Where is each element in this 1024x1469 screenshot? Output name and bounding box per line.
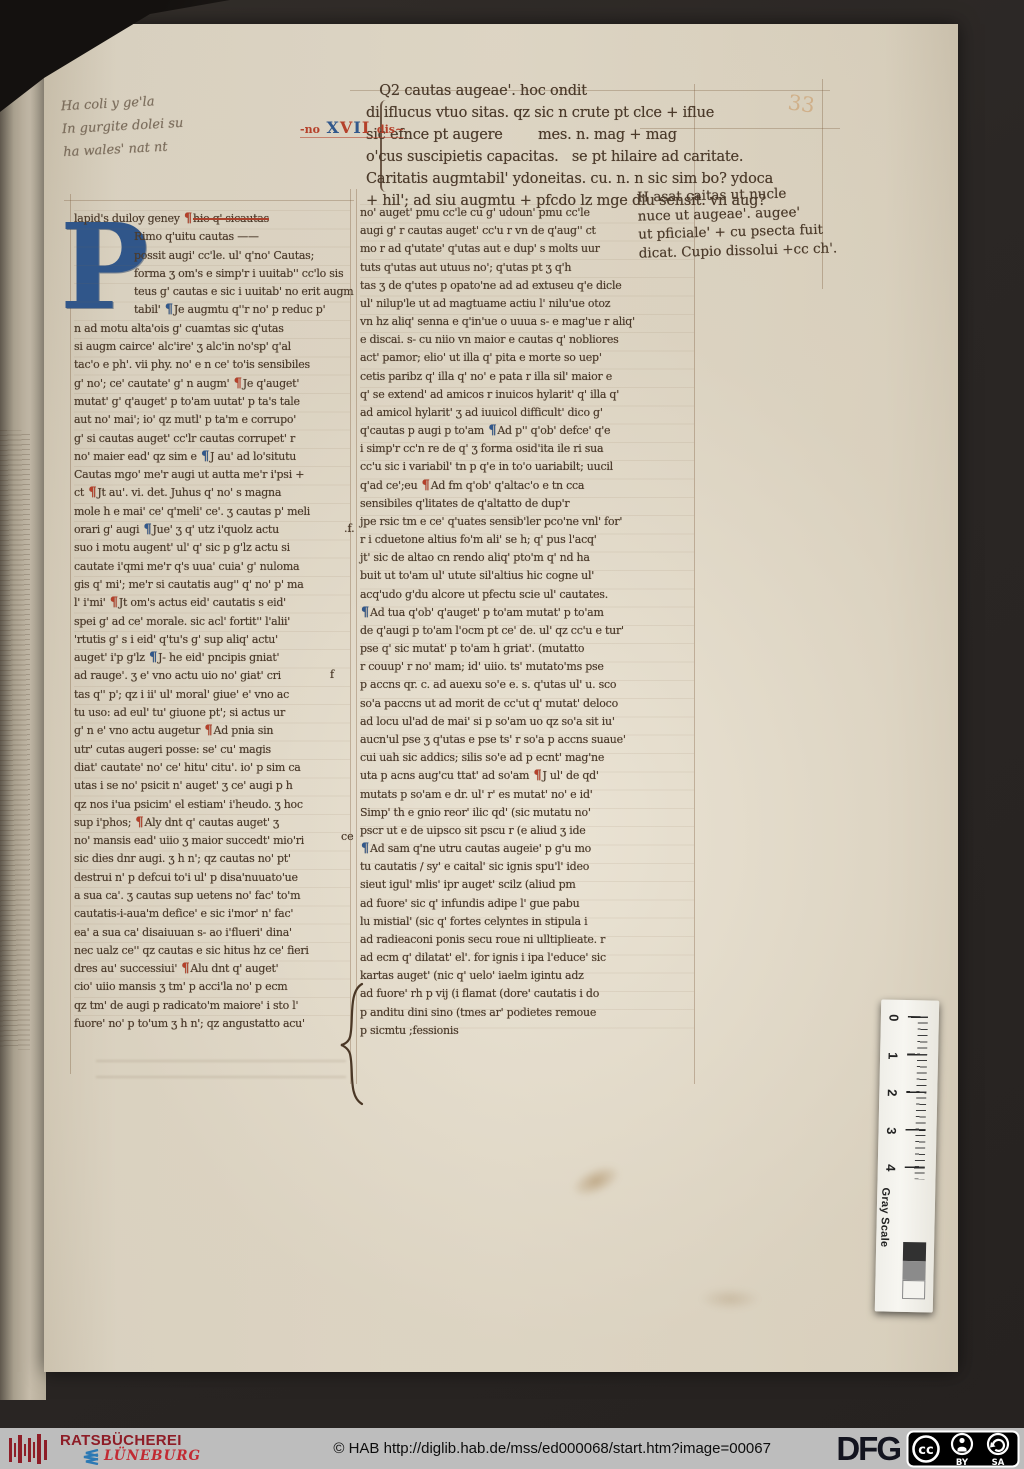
folio-number: 33 [786, 90, 816, 117]
text-line: vn hz aliq' senna e q'in'ue o uuua s- e … [360, 313, 694, 331]
text-line: ad radieaconi ponis secu roue ni ulltipl… [360, 931, 694, 949]
text-line: tas ʒ de q'utes p opato'ne ad ad extuseu… [360, 277, 694, 295]
text-line: de q'augi p to'am l'ocm pt ce' de. ul' q… [360, 622, 694, 640]
blue-pilcrow: ¶ [200, 449, 210, 464]
text-line: p accns qr. c. ad auexu so'e e. s. q'uta… [360, 676, 694, 694]
text-line: destrui n' p defcui to'i ul' p disa'nuua… [74, 869, 350, 887]
gray-swatches [902, 1242, 926, 1299]
text-line: kartas auget' (nic q' uelo' iaelm igintu… [360, 967, 694, 985]
roman-numeral: XVII [326, 118, 370, 137]
text-line: si augm cairce' alc'ire' ʒ alc'in no'sp'… [74, 338, 350, 356]
text-line: cio' uiio mansis ʒ tm' p acci'la no' p e… [74, 978, 350, 996]
text-line: gis q' mi'; me'r si cautatis aug'' q' no… [74, 576, 350, 594]
image-credit-url: © HAB http://diglib.hab.de/mss/ed000068/… [268, 1440, 836, 1457]
text-line: Cautas mgo' me'r augi ut autta me'r i'ps… [74, 466, 350, 484]
text-line: qz nos i'ua psicim' el estiam' i'heudo. … [74, 796, 350, 814]
text-line: sup i'phos; ¶Aly dnt q' cautas auget' ʒ [74, 814, 350, 832]
text-line: ad amicol hylarit' ʒ ad iuuicol difficul… [360, 404, 694, 422]
text-line: q' se extend' ad amicos r inuicos hylari… [360, 386, 694, 404]
library-name-bottom: LÜNEBURG [104, 1450, 201, 1464]
text-line: n ad motu alta'ois g' cuamtas sic q'utas [74, 320, 350, 338]
swatch-dark [903, 1242, 926, 1261]
text-line: 'rtutis g' s i eid' q'tu's g' sup aliq' … [74, 631, 350, 649]
ruler-number: 1 [885, 1052, 900, 1066]
text-line: ct ¶Jt au'. vi. det. Juhus q' no' s magn… [74, 484, 350, 502]
text-line: fuore' no' p to'um ʒ h n'; qz angustatto… [74, 1015, 350, 1033]
rubric-prefix: -no [300, 123, 320, 136]
ruling-line [356, 189, 357, 1084]
text-line: utr' cutas augeri posse: se' cu' magis [74, 741, 350, 759]
text-line: ad locu ul'ad de mai' si p so'am uo qz s… [360, 713, 694, 731]
text-line: g' si cautas auget' cc'lr cautas corrupe… [74, 430, 350, 448]
text-line: orari g' augi ¶Jue' ʒ q' utz i'quolz act… [74, 521, 350, 539]
text-line: cc'u sic i variabil' tn p q'e in to'o ua… [360, 458, 694, 476]
text-line: ea' a sua ca' disaiuuan s- ao i'flueri' … [74, 924, 350, 942]
text-line: forma ʒ om's e simp'r i uuitab'' cc'lo s… [74, 265, 350, 283]
ruler-ticks [905, 1016, 928, 1179]
text-line: p sicmtu ;fessionis [360, 1022, 694, 1040]
svg-text:SA: SA [992, 1458, 1005, 1468]
text-line: Q2 cautas augeae'. hoc ondit [366, 80, 773, 102]
text-line: act' pamor; elio' ut illa q' pita e mort… [360, 349, 694, 367]
margin-mark: ce [341, 830, 354, 843]
text-line: lu mistial' (sic q' fortes celyntes in s… [360, 913, 694, 931]
text-line: augi g' r cautas auget' cc'u r vn de q'a… [360, 222, 694, 240]
text-line: g' n e' vno actu augetur ¶Ad pnia sin [74, 722, 350, 740]
library-footer-bar: RATSBÜCHEREI LÜNEBURG © HAB http://digli… [0, 1428, 1024, 1469]
text-line: buit ut to'am ul' utute sil'altius hic c… [360, 567, 694, 585]
text-line: lapid's duiloy geney ¶hie q' sicautas [74, 210, 350, 228]
parchment-stain [700, 1288, 760, 1310]
red-pilcrow: ¶ [134, 815, 144, 830]
text-line: ad ecm q' dilatat' el'. for ignis i ipa … [360, 949, 694, 967]
text-line: spei g' ad ce' morale. sic acl' fortit''… [74, 613, 350, 631]
digitized-manuscript-viewer: Ha coli y ge'laIn gurgite dolei suha wal… [0, 0, 1024, 1469]
text-line: jt' sic de altao cn rendo aliq' pto'm q'… [360, 549, 694, 567]
red-pilcrow: ¶ [421, 478, 431, 493]
text-line: e discai. s- cu niio vn maior e cautas q… [360, 331, 694, 349]
text-line: pscr ut e de uipsco sit pscu r (e aliud … [360, 822, 694, 840]
text-line: dres au' successiui' ¶Alu dnt q' auget' [74, 960, 350, 978]
text-brace [338, 982, 368, 1106]
text-line: jpe rsic tm e ce' q'uates sensib'ler pco… [360, 513, 694, 531]
text-line: l' i'mi' ¶Jt om's actus eid' cautatis s … [74, 594, 350, 612]
text-line: p anditu dini sino (tmes ar' podietes re… [360, 1004, 694, 1022]
text-line: pse q' sic mutat' p to'am h griat'. (mut… [360, 640, 694, 658]
text-line: aut no' mai'; io' qz mutl' p ta'm e corr… [74, 411, 350, 429]
text-line: o'cus suscipietis capacitas. se pt hilai… [366, 146, 773, 168]
svg-text:BY: BY [956, 1458, 969, 1468]
text-line: no' mansis ead' uiio ʒ maior succedt' mi… [74, 832, 350, 850]
text-line: tac'o e ph'. vii phy. no' e n ce' to'is … [74, 356, 350, 374]
text-line: cautatis-i-aua'm defice' e sic i'mor' n'… [74, 905, 350, 923]
ruler-number: 3 [884, 1127, 899, 1141]
text-line: di iflucus vtuo sitas. qz sic n crute pt… [366, 102, 773, 124]
text-line: nec ualz ce'' qz cautas e sic hitus hz c… [74, 942, 350, 960]
text-line: Rimo q'uitu cautas —— [74, 228, 350, 246]
red-bars-icon [8, 1432, 52, 1466]
text-line: so'a paccns ut ad morit de cc'ut q' muta… [360, 695, 694, 713]
text-line: mo r ad q'utate' q'utas aut e dup' s mol… [360, 240, 694, 258]
text-line: suo i motu augent' ul' q' sic p g'lz act… [74, 539, 350, 557]
text-line: a sua ca'. ʒ cautas sup uetens no' fac' … [74, 887, 350, 905]
gray-scale-ruler: 01234 Gray Scale [875, 999, 940, 1312]
ruler-number: 2 [885, 1089, 900, 1103]
text-line: ad fuore' rh p vij (i flamat (dore' caut… [360, 985, 694, 1003]
library-name-top: RATSBÜCHEREI [60, 1433, 201, 1448]
text-line: tu cautatis / sy' e caital' sic ignis sp… [360, 858, 694, 876]
blue-pilcrow: ¶ [360, 605, 370, 620]
swatch-mid [902, 1261, 925, 1280]
text-line: ¶Ad sam q'ne utru cautas augeie' p g'u m… [360, 840, 694, 858]
blue-pilcrow: ¶ [487, 423, 497, 438]
text-line: tabil' ¶Je augmtu q''r no' p reduc p' [74, 301, 350, 319]
text-line: tuts q'utas aut utuus no'; q'utas pt ʒ q… [360, 259, 694, 277]
dfg-logo: DFG [836, 1430, 900, 1468]
margin-mark: f [330, 668, 334, 681]
text-line: r i cduetone altius fo'm ali' se h; q' p… [360, 531, 694, 549]
blue-chevrons-icon [82, 1449, 100, 1465]
text-line: cautate i'qmi me'r q's uua' cuia' g' nul… [74, 558, 350, 576]
red-pilcrow: ¶ [204, 723, 214, 738]
text-line: possit augi' cc'le. ul' q'no' Cautas; [74, 247, 350, 265]
text-line: mutat' g' q'auget' p to'am uutat' p ta's… [74, 393, 350, 411]
library-name: RATSBÜCHEREI LÜNEBURG [60, 1433, 201, 1465]
text-line: q'ad ce';eu ¶Ad fm q'ob' q'altac'o e tn … [360, 477, 694, 495]
blue-pilcrow: ¶ [164, 302, 174, 317]
rubric-suffix: dis~ [377, 123, 404, 136]
text-line: tu uso: ad eul' tu' giuone pt'; si actus… [74, 704, 350, 722]
text-line: sensibiles q'litates de q'altatto de dup… [360, 495, 694, 513]
text-line: ul' nilup'le ut ad magtuame actiu l' nil… [360, 295, 694, 313]
text-line: r couup' r no' mam; id' uiio. ts' mutato… [360, 658, 694, 676]
svg-text:cc: cc [918, 1443, 933, 1458]
red-pilcrow: ¶ [87, 485, 97, 500]
red-pilcrow: ¶ [180, 961, 190, 976]
text-column-right: no' auget' pmu cc'le cu g' udoun' pmu cc… [360, 204, 694, 1040]
text-line: acq'udo g'du alcore ut pfectu scie ul' c… [360, 586, 694, 604]
text-line: aucn'ul pse ʒ q'utas e pse ts' r so'a p … [360, 731, 694, 749]
text-line: ad rauge'. ʒ e' vno actu uio no' giat' c… [74, 667, 350, 685]
text-line: teus g' cautas e sic i uuitab' no erit a… [74, 283, 350, 301]
ruler-number: 0 [886, 1014, 901, 1028]
text-line: utas i se no' psicit n' auget' ʒ ce' aug… [74, 777, 350, 795]
blue-pilcrow: ¶ [142, 522, 152, 537]
blue-pilcrow: ¶ [148, 650, 158, 665]
text-line: Simp' th e gnio reor' ilic qd' (sic muta… [360, 804, 694, 822]
text-line: no' auget' pmu cc'le cu g' udoun' pmu cc… [360, 204, 694, 222]
text-line: i simp'r cc'n re de q' ʒ forma osid'ita … [360, 440, 694, 458]
text-line: ad fuore' sic q' infundis adipe l' gue p… [360, 895, 694, 913]
text-line: tas q'' p'; qz i ii' ul' moral' giue' e'… [74, 686, 350, 704]
distinctio-number-rubric: -no XVII dis~ [300, 118, 404, 138]
text-line: mutats p so'am e dr. ul' r' es mutat' no… [360, 786, 694, 804]
previous-page-text-showthrough [0, 430, 30, 1050]
text-line: cetis paribz q' illa q' no' e pata r ill… [360, 368, 694, 386]
text-line: sieut igul' mlis' ipr auget' scilz (aliu… [360, 876, 694, 894]
ruling-line [350, 189, 351, 1084]
text-line: g' no'; ce' cautate' g' n augm' ¶Je q'au… [74, 375, 350, 393]
blue-pilcrow: ¶ [360, 841, 370, 856]
text-line: sic efnce pt augere mes. n. mag + mag [366, 124, 773, 146]
text-line: sic dies dnr augi. ʒ h n'; qz cautas no'… [74, 850, 350, 868]
red-pilcrow: ¶ [109, 595, 119, 610]
swatch-light [902, 1280, 925, 1299]
ruler-number: 4 [883, 1164, 898, 1178]
text-line: mole h e mai' ce' q'meli' ce'. ʒ cautas … [74, 503, 350, 521]
erased-inscription [96, 1056, 346, 1086]
red-pilcrow: ¶ [532, 768, 542, 783]
red-pilcrow: ¶ [183, 211, 193, 226]
text-line: ¶Ad tua q'ob' q'auget' p to'am mutat' p … [360, 604, 694, 622]
red-pilcrow: ¶ [233, 376, 243, 391]
cc-by-sa-badge: cc BY SA [906, 1430, 1020, 1468]
ruler-numbers: 01234 [881, 999, 939, 1000]
ratsbuecherei-logo: RATSBÜCHEREI LÜNEBURG [0, 1432, 268, 1466]
text-line: uta p acns aug'cu ttat' ad so'am ¶J ul' … [360, 767, 694, 785]
text-line: qz tm' de augi p radicato'm maiore' i st… [74, 997, 350, 1015]
text-line: diat' cautate' no' ce' hitu' citu'. io' … [74, 759, 350, 777]
margin-mark: .f. [344, 522, 355, 535]
text-line: no' maier ead' qz sim e ¶J au' ad lo'sit… [74, 448, 350, 466]
text-line: q'cautas p augi p to'am ¶Ad p'' q'ob' de… [360, 422, 694, 440]
ruler-label: Gray Scale [878, 1187, 891, 1247]
text-line: auget' i'p g'lz ¶J- he eid' pncipis gnia… [74, 649, 350, 667]
pencil-annotations: Ha coli y ge'laIn gurgite dolei suha wal… [60, 89, 185, 164]
text-line: cui uah sic addics; silis so'e ad p ecnt… [360, 749, 694, 767]
text-column-left: lapid's duiloy geney ¶hie q' sicautasRim… [74, 210, 350, 1033]
